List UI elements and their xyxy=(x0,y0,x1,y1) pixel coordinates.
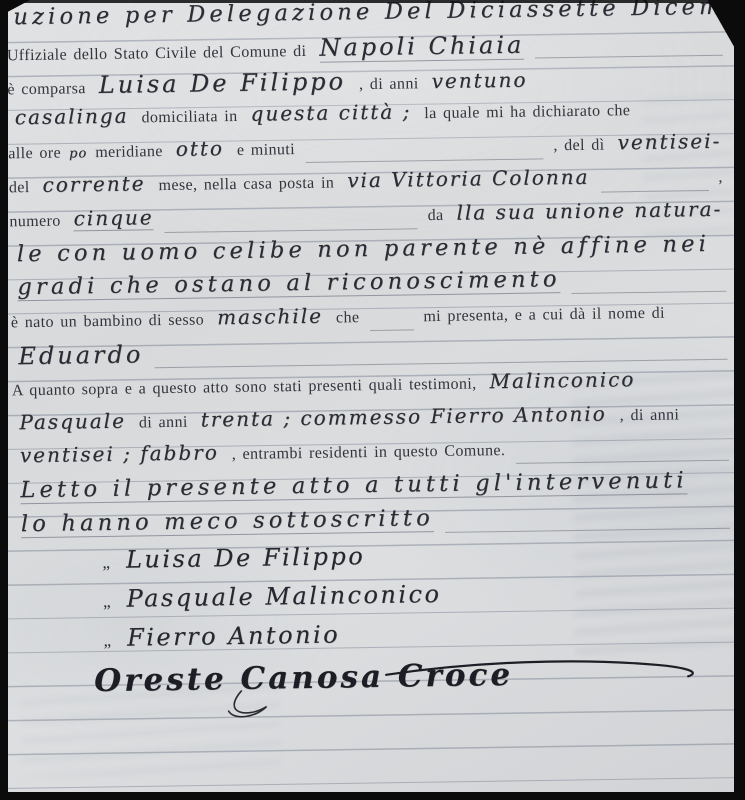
printed-text: , di anni xyxy=(359,75,419,94)
ditto-mark: „ xyxy=(102,553,110,573)
printed-text: la quale mi ha dichiarato che xyxy=(424,103,630,124)
scanned-birth-record: { "palette": { "paper": "#d8dadc", "ink"… xyxy=(0,0,745,800)
printed-text: e minuti xyxy=(237,141,295,160)
printed-text: è comparsa xyxy=(8,80,86,99)
handwritten-text: questa città ; xyxy=(250,100,411,126)
handwritten-text: Luisa De Filippo xyxy=(99,67,347,99)
document-body: uzione per Delegazione Del Diciassette D… xyxy=(8,0,734,718)
handwritten-text: otto xyxy=(176,136,225,161)
printed-text: Uffiziale dello Stato Civile del Comune … xyxy=(8,43,307,65)
ditto-mark: „ xyxy=(103,631,111,651)
printed-text: è nato un bambino di sesso xyxy=(11,312,205,333)
paper-page: uzione per Delegazione Del Diciassette D… xyxy=(8,0,734,792)
handwritten-text: po xyxy=(69,146,87,161)
fill-line xyxy=(445,525,730,532)
handwritten-text: Eduardo xyxy=(18,340,143,370)
handwritten-text: corrente xyxy=(42,171,145,197)
printed-text: domiciliata in xyxy=(141,108,237,127)
handwritten-text: trenta ; commesso Fierro Antonio xyxy=(201,401,607,431)
printed-text: , del dì xyxy=(553,137,604,156)
ditto-mark: „ xyxy=(103,592,111,612)
document-lines: uzione per Delegazione Del Diciassette D… xyxy=(8,0,734,545)
handwritten-text: ventuno xyxy=(431,67,527,92)
fill-line xyxy=(165,226,418,233)
handwritten-text: ventisei- xyxy=(617,129,721,155)
printed-text: A quanto sopra e a questo atto sono stat… xyxy=(12,375,477,400)
signature-block: „Luisa De Filippo„Pasquale Malinconico„F… xyxy=(14,536,734,664)
handwritten-text: ventisei ; fabbro xyxy=(20,441,219,468)
printed-text: , xyxy=(718,169,723,187)
handwritten-text: Napoli Chiaia xyxy=(319,30,524,62)
fill-line xyxy=(572,289,727,294)
fill-line xyxy=(601,188,709,193)
paper-sheet: uzione per Delegazione Del Diciassette D… xyxy=(8,0,734,792)
fill-line xyxy=(305,156,543,163)
handwritten-text: uzione per Delegazione Del Diciassette D… xyxy=(13,0,734,30)
handwritten-text: Malinconico xyxy=(489,367,635,393)
scan-edge-top xyxy=(0,0,745,3)
handwritten-text: Pasquale xyxy=(19,408,126,434)
official-signature-row: Oreste Canosa Croce xyxy=(16,653,734,718)
printed-text: del xyxy=(9,179,30,197)
printed-text: meridiane xyxy=(95,143,163,162)
printed-text: che xyxy=(336,309,360,327)
printed-text: da xyxy=(428,207,444,225)
fill-line xyxy=(535,52,723,58)
signature-name: Fierro Antonio xyxy=(127,620,340,651)
signature-name: Pasquale Malinconico xyxy=(126,580,441,613)
signature-flourish xyxy=(16,653,734,718)
handwritten-text: via Vittoria Colonna xyxy=(347,165,590,193)
handwritten-text: cinque xyxy=(73,205,153,231)
handwritten-text: lo hanno meco sottoscritto xyxy=(21,505,434,538)
handwritten-text: maschile xyxy=(217,304,323,330)
printed-text: numero xyxy=(9,212,61,231)
fill-line xyxy=(370,327,414,331)
printed-text: , di anni xyxy=(620,406,680,425)
printed-text: mi presenta, e a cui dà il nome di xyxy=(423,305,665,327)
fill-line xyxy=(516,458,729,464)
printed-text: , entrambi residenti in questo Comune. xyxy=(232,442,506,464)
handwritten-text: lla sua unione natura- xyxy=(456,197,722,225)
printed-text: mese, nella casa posta in xyxy=(158,175,334,196)
printed-text: di anni xyxy=(139,413,188,432)
handwritten-text: casalinga xyxy=(15,104,129,130)
printed-text: alle ore xyxy=(8,145,61,164)
signature-name: Luisa De Filippo xyxy=(126,542,366,574)
